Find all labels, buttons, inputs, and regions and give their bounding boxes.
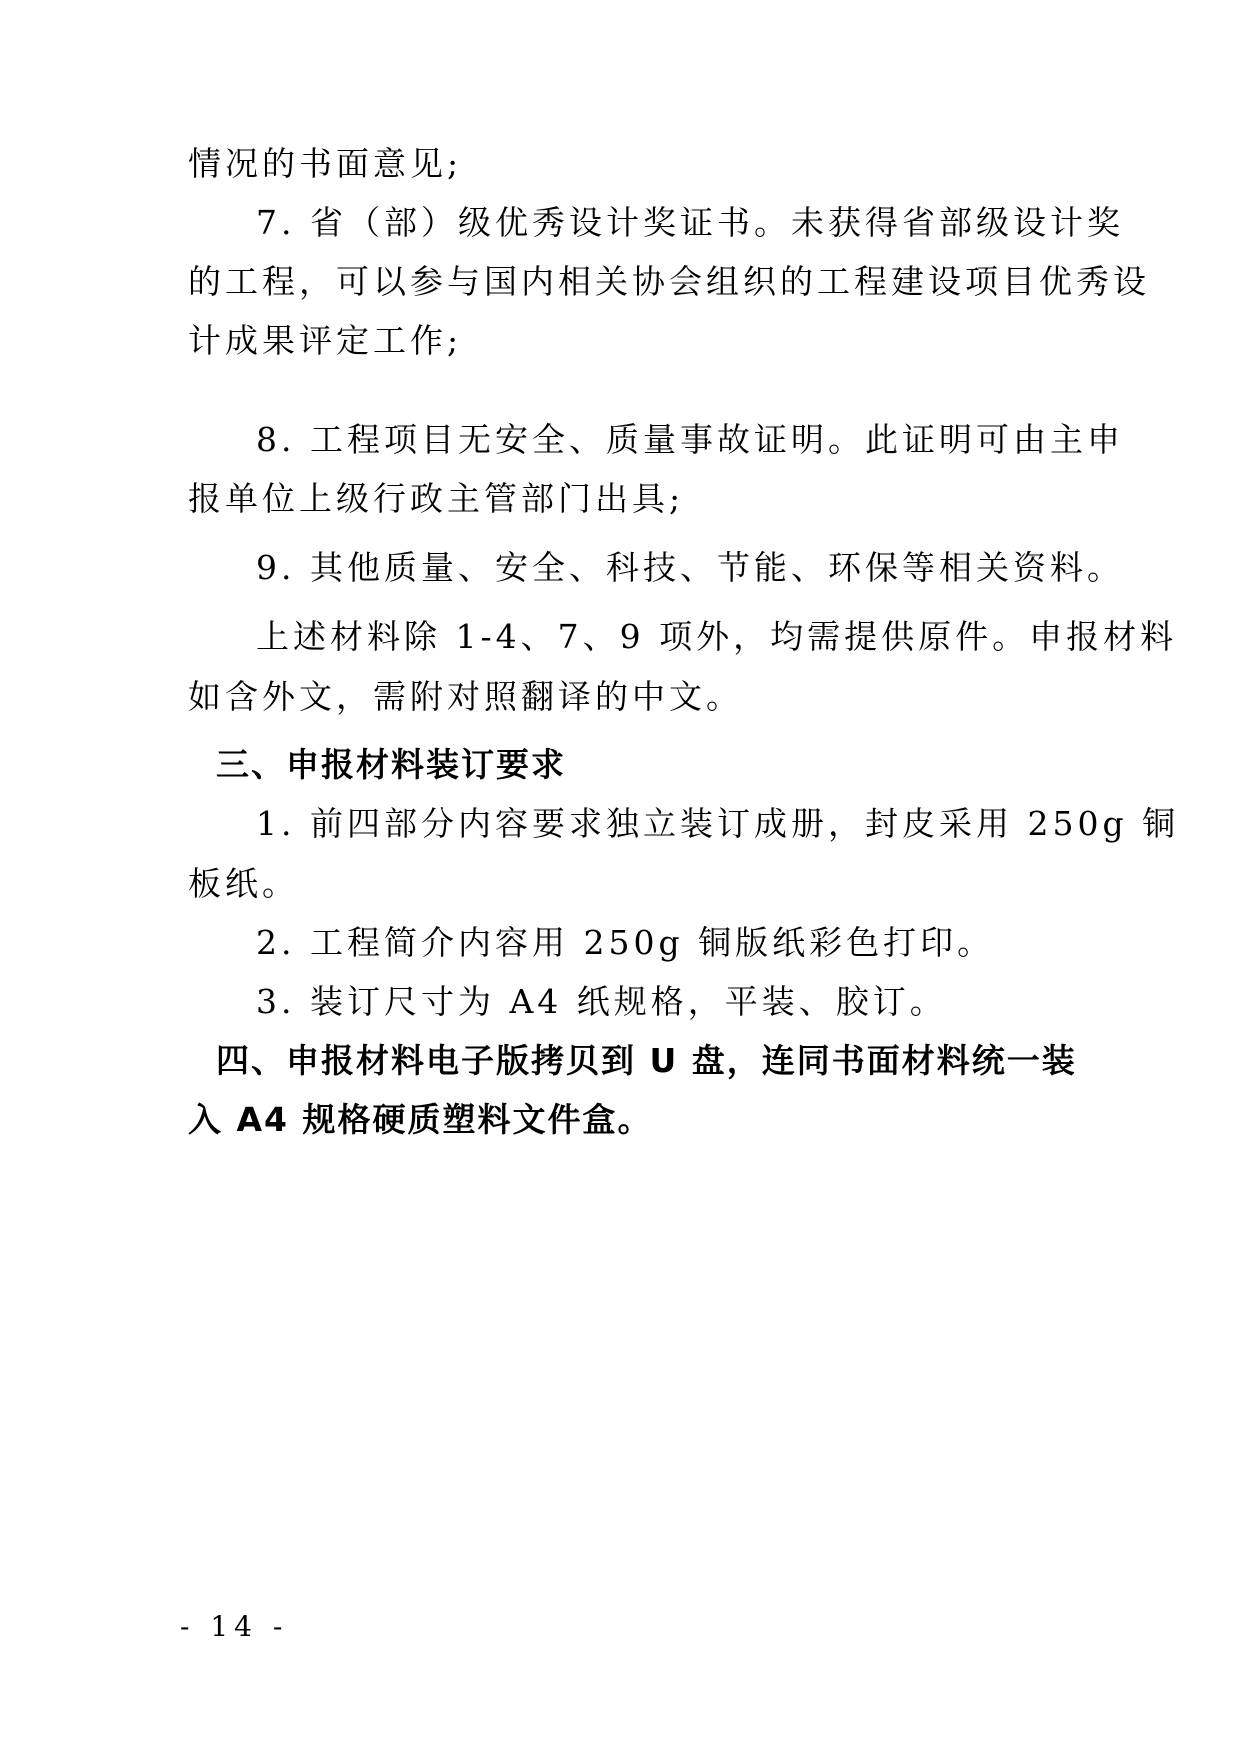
list-item-7: 7. 省（部）级优秀设计奖证书。未获得省部级设计奖	[256, 203, 1124, 243]
paragraph-line: 如含外文，需附对照翻译的中文。	[188, 677, 743, 717]
list-item-1: 1. 前四部分内容要求独立装订成册，封皮采用 250g 铜	[256, 804, 1179, 844]
list-item-9: 9. 其他质量、安全、科技、节能、环保等相关资料。	[256, 548, 1124, 588]
list-item-3: 3. 装订尺寸为 A4 纸规格，平装、胶订。	[256, 982, 947, 1022]
paragraph-line: 板纸。	[188, 864, 299, 904]
paragraph-line: 情况的书面意见;	[188, 144, 462, 184]
list-item-2: 2. 工程简介内容用 250g 铜版纸彩色打印。	[256, 923, 994, 963]
list-item-8: 8. 工程项目无安全、质量事故证明。此证明可由主申	[256, 420, 1124, 460]
section-heading-4: 四、申报材料电子版拷贝到 U 盘，连同书面材料统一装	[216, 1041, 1077, 1081]
paragraph-line: 报单位上级行政主管部门出具;	[188, 479, 684, 519]
paragraph-line: 的工程，可以参与国内相关协会组织的工程建设项目优秀设	[188, 262, 1150, 302]
section-heading-4-cont: 入 A4 规格硬质塑料文件盒。	[188, 1100, 652, 1140]
section-heading-3: 三、申报材料装订要求	[216, 745, 566, 785]
paragraph-line: 上述材料除 1-4、7、9 项外，均需提供原件。申报材料	[256, 617, 1177, 657]
paragraph-line: 计成果评定工作;	[188, 321, 462, 361]
page-number: - 14 -	[180, 1610, 288, 1643]
